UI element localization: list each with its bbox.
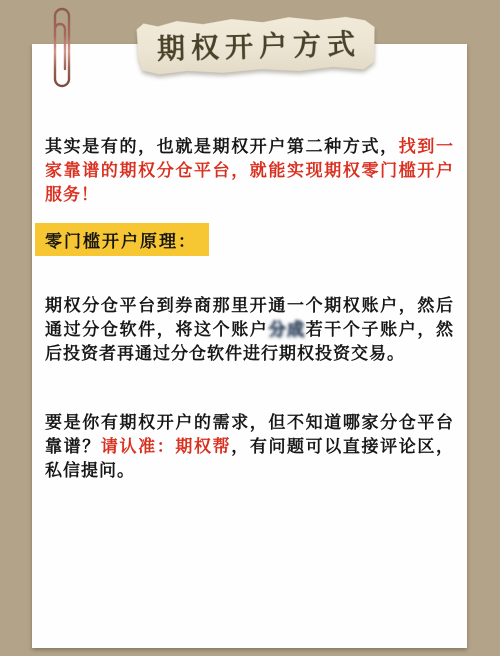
section-heading-row: 零门槛开户原理：	[45, 223, 454, 256]
poster-background: 其实是有的，也就是期权开户第二种方式，找到一家靠谱的期权分仓平台，就能实现期权零…	[0, 0, 500, 656]
paragraph-cta-red: 请认准：期权帮	[101, 437, 231, 457]
paperclip-icon	[47, 3, 77, 95]
paragraph-principle: 期权分仓平台到券商那里开通一个期权账户，然后通过分仓软件，将这个账户分成若干个子…	[45, 294, 454, 366]
watermark-smudge-text: 分成	[268, 320, 305, 340]
torn-paper: 期权开户方式	[136, 15, 375, 75]
section-heading-highlight: 零门槛开户原理：	[35, 223, 209, 256]
content-card: 其实是有的，也就是期权开户第二种方式，找到一家靠谱的期权分仓平台，就能实现期权零…	[32, 44, 467, 648]
paragraph-intro-black: 其实是有的，也就是期权开户第二种方式，	[45, 137, 399, 157]
card-content: 其实是有的，也就是期权开户第二种方式，找到一家靠谱的期权分仓平台，就能实现期权零…	[32, 44, 467, 483]
paragraph-intro: 其实是有的，也就是期权开户第二种方式，找到一家靠谱的期权分仓平台，就能实现期权零…	[45, 135, 454, 207]
title-banner: 期权开户方式	[136, 15, 375, 75]
paragraph-cta: 要是你有期权开户的需求，但不知道哪家分仓平台靠谱？请认准：期权帮，有问题可以直接…	[45, 411, 454, 483]
page-title: 期权开户方式	[157, 22, 362, 67]
